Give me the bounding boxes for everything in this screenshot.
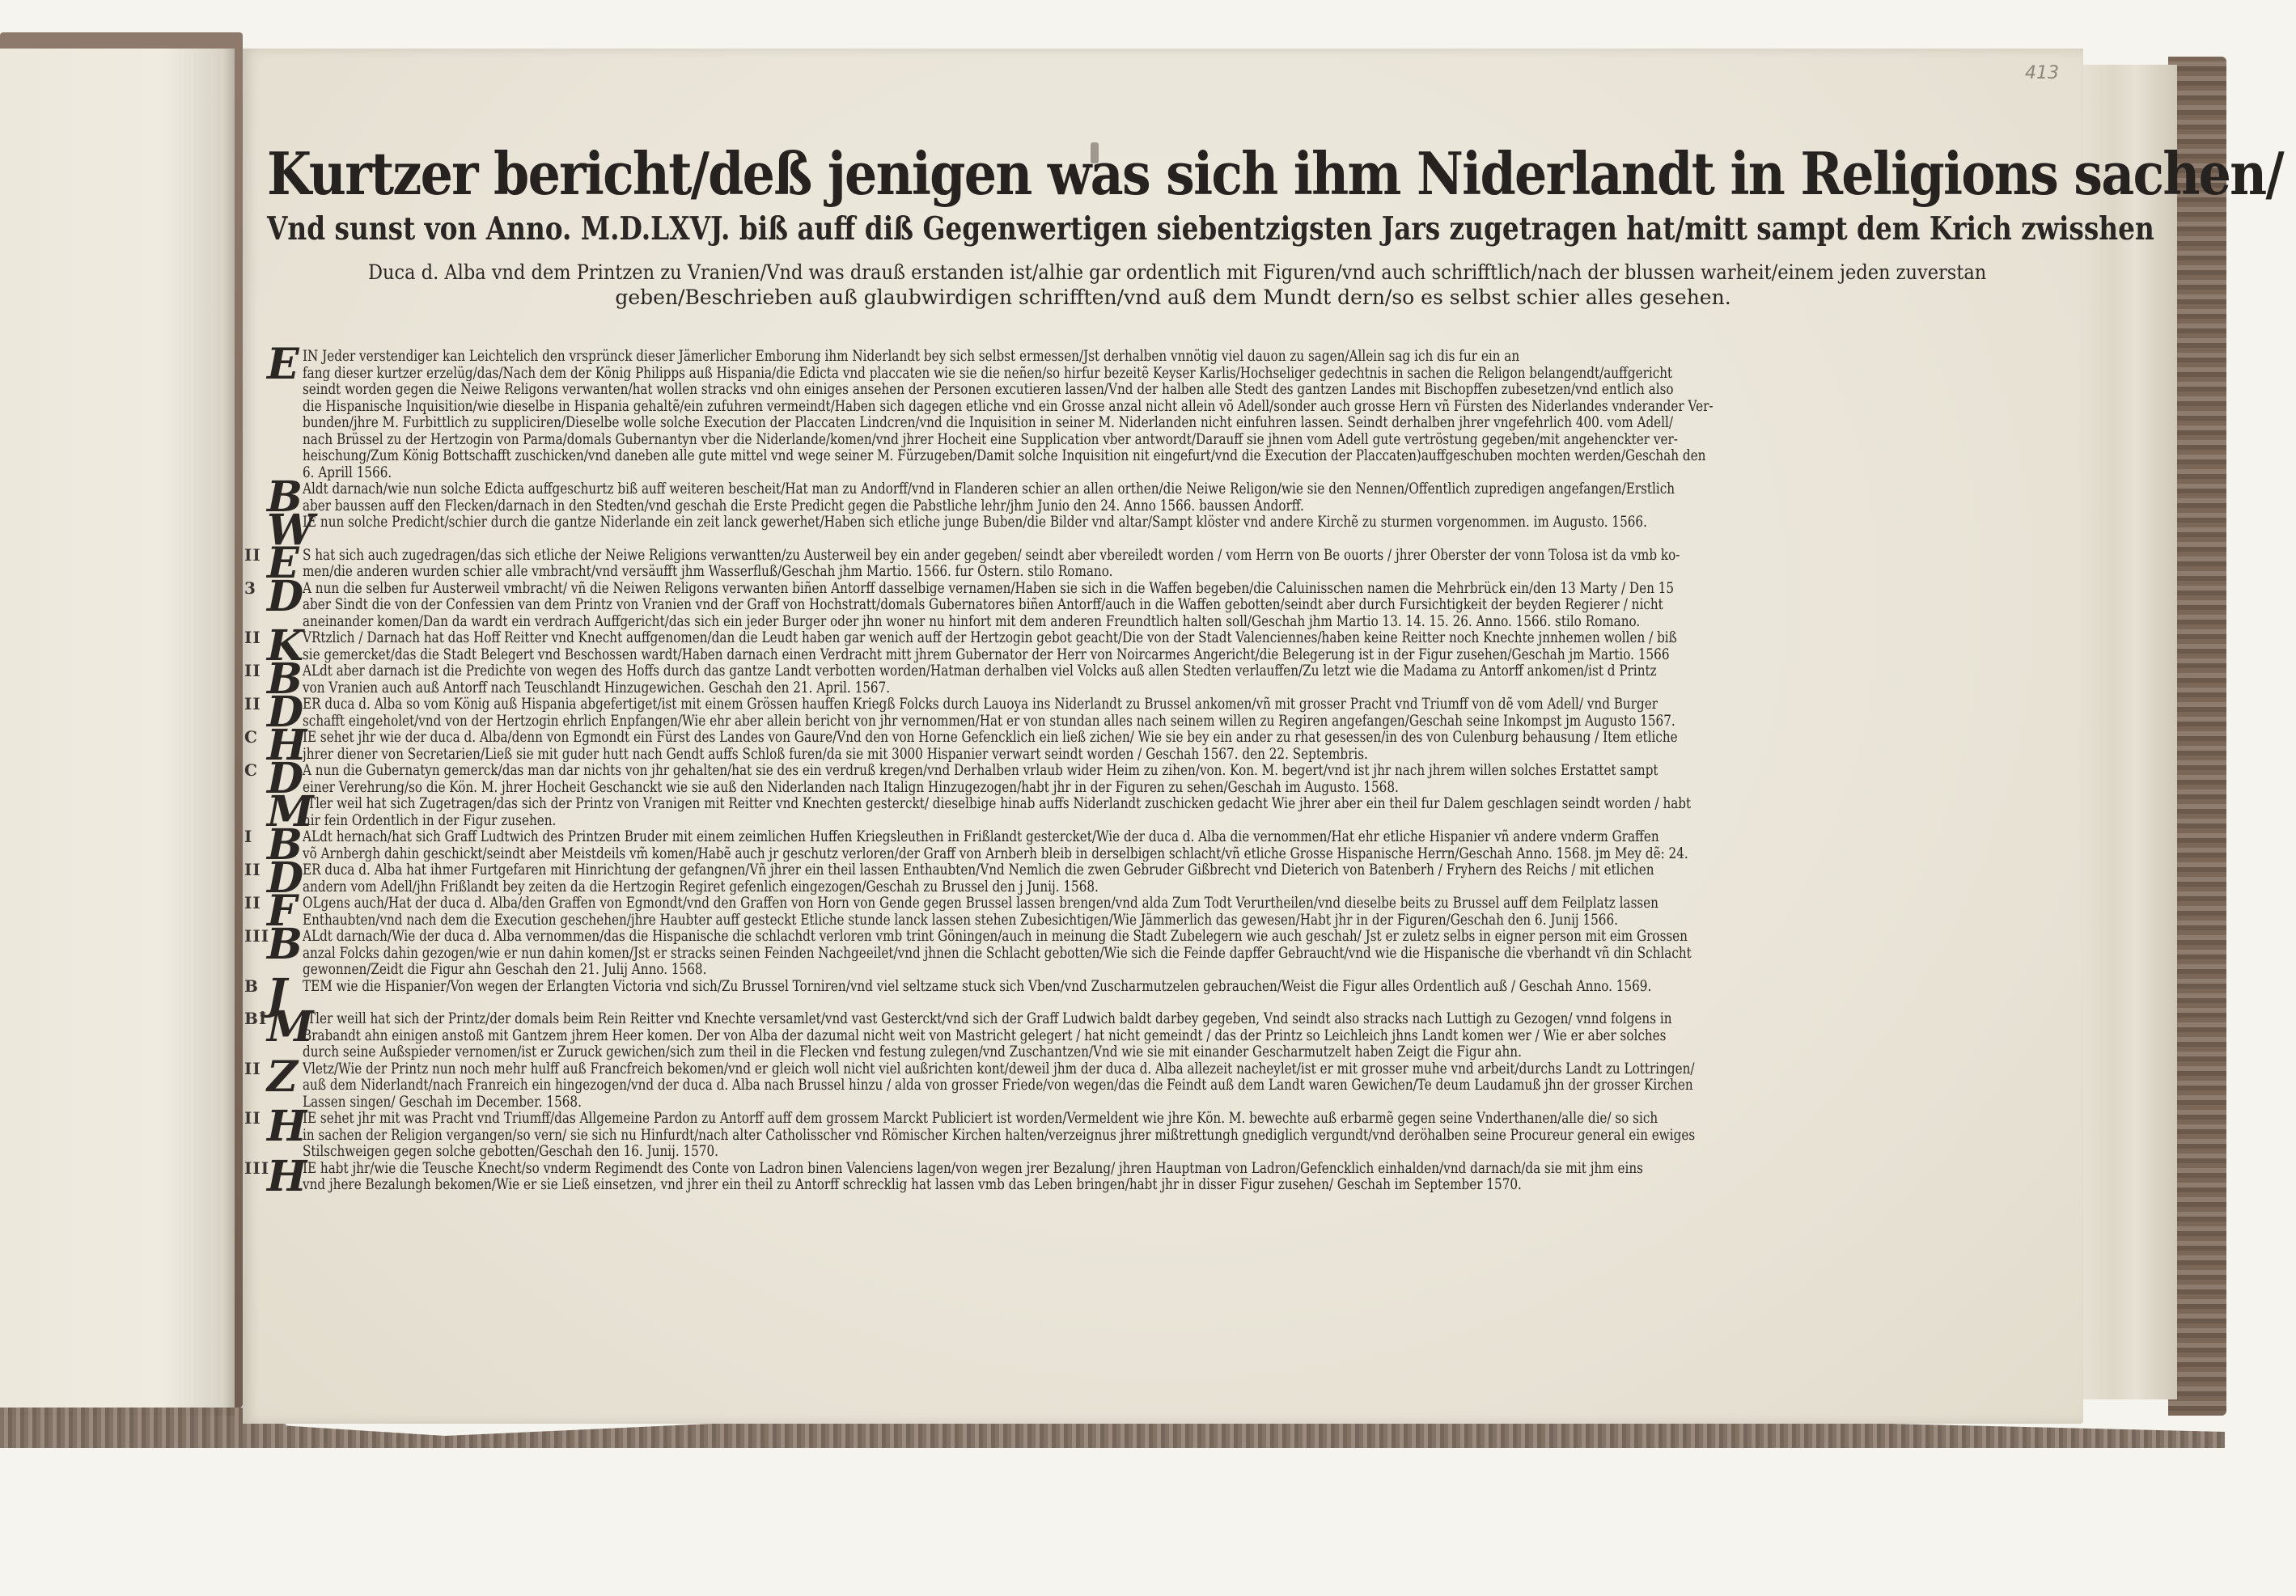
text-line: ALdt hernach/hat sich Graff Ludtwich des…: [303, 828, 2071, 845]
paragraph: IIDER duca d. Alba hat ihmer Furtgefaren…: [267, 862, 2071, 895]
text-line: Aldt darnach/wie nun solche Edicta auffg…: [303, 480, 2071, 497]
margin-annotation: 3: [244, 580, 256, 597]
paragraph: IBALdt hernach/hat sich Graff Ludtwich d…: [267, 828, 2071, 862]
text-line: IN Jeder verstendiger kan Leichtelich de…: [303, 348, 2071, 365]
margin-annotation: II: [244, 1110, 261, 1127]
text-line: schafft eingeholet/vnd von der Hertzogin…: [303, 713, 2071, 730]
text-line: A nun die selben fur Austerweil vmbracht…: [303, 580, 2071, 597]
margin-annotation: III: [244, 928, 269, 945]
text-line: IE nun solche Predicht/schier durch die …: [303, 514, 2071, 531]
page-title: Kurtzer bericht/deß jenigen was sich ihm…: [267, 142, 1862, 206]
margin-annotation: II: [244, 547, 261, 564]
paragraph: IIES hat sich auch zugedragen/das sich e…: [267, 547, 2071, 580]
paragraph: IIDER duca d. Alba so vom König auß Hisp…: [267, 696, 2071, 729]
paragraph: CDA nun die Gubernatyn gemerck/das man d…: [267, 762, 2071, 795]
printed-broadsheet-page: 413 Kurtzer bericht/deß jenigen was sich…: [243, 49, 2083, 1424]
text-line: heischung/Zum König Bottschafft zuschick…: [303, 447, 2071, 464]
text-line: ALdt aber darnach ist die Predichte von …: [303, 663, 2071, 679]
text-line: anzal Folcks dahin gezogen/wie er nun da…: [303, 945, 2071, 962]
text-line: seindt worden gegen die Neiwe Religons v…: [303, 381, 2071, 398]
text-line: nach Brüssel zu der Hertzogin von Parma/…: [303, 431, 2071, 448]
page-stack-edge: [2071, 65, 2177, 1399]
book-photograph: 413 Kurtzer bericht/deß jenigen was sich…: [0, 0, 2296, 1596]
margin-annotation: II: [244, 895, 261, 912]
paragraph: IIBALdt aber darnach ist die Predichte v…: [267, 663, 2071, 696]
text-line: andern vom Adell/jhn Frißlandt bey zeite…: [303, 878, 2071, 895]
subtitle-line-3: geben/Beschrieben auß glaubwirdigen schr…: [267, 286, 2079, 310]
folio-number: 413: [2025, 63, 2059, 83]
text-line: Brabandt ahn einigen anstoß mit Gantzem …: [303, 1027, 2071, 1044]
paragraph: BJTEM wie die Hispanier/Von wegen der Er…: [267, 978, 2071, 995]
paragraph: BAldt darnach/wie nun solche Edicta auff…: [267, 480, 2071, 514]
text-line: ALdt darnach/Wie der duca d. Alba vernom…: [303, 928, 2071, 945]
text-line: IE sehet jhr wie der duca d. Alba/denn v…: [303, 729, 2071, 746]
text-line: aber Sindt die von der Confessien van de…: [303, 596, 2071, 613]
text-line: Vletz/Wie der Printz nun noch mehr hulff…: [303, 1060, 2071, 1077]
text-line: ITler weil hat sich Zugetragen/das sich …: [303, 795, 2071, 812]
text-line: ER duca d. Alba so vom König auß Hispani…: [303, 696, 2071, 713]
text-line: võ Arnbergh dahin geschickt/seindt aber …: [303, 845, 2071, 862]
paragraph: IIIBALdt darnach/Wie der duca d. Alba ve…: [267, 928, 2071, 978]
text-line: Lassen singen/ Geschah im December. 1568…: [303, 1094, 2071, 1111]
margin-annotation: III: [244, 1160, 269, 1177]
text-line: VRtzlich / Darnach hat das Hoff Reitter …: [303, 629, 2071, 646]
text-line: IE sehet jhr mit was Pracht vnd Triumff/…: [303, 1110, 2071, 1127]
margin-annotation: C: [244, 729, 258, 746]
text-line: aber baussen auff den Flecken/darnach in…: [303, 497, 2071, 514]
text-line: TEM wie die Hispanier/Von wegen der Erla…: [303, 978, 2071, 995]
drop-initial: D: [267, 578, 303, 616]
text-line: S hat sich auch zugedragen/das sich etli…: [303, 547, 2071, 564]
paragraph: IIZVletz/Wie der Printz nun noch mehr hu…: [267, 1060, 2071, 1111]
text-line: ER duca d. Alba hat ihmer Furtgefaren mi…: [303, 862, 2071, 878]
text-line: Enthaubten/vnd nach dem die Execution ge…: [303, 912, 2071, 929]
text-line: von Vranien auch auß Antorff nach Teusch…: [303, 679, 2071, 696]
text-line: sie gemercket/das die Stadt Belegert vnd…: [303, 646, 2071, 663]
text-line: hir fein Ordentlich in der Figur zusehen…: [303, 812, 2071, 829]
text-line: die Hispanische Inquisition/wie dieselbe…: [303, 398, 2071, 415]
text-line: jhrer diener von Secretarien/Ließ sie mi…: [303, 746, 2071, 763]
text-line: einer Verehrung/so die Kön. M. jhrer Hoc…: [303, 779, 2071, 796]
text-line: bunden/jhre M. Furbittlich zu supplicire…: [303, 414, 2071, 431]
text-line: 6. Aprill 1566.: [303, 464, 2071, 481]
body-text: EIN Jeder verstendiger kan Leichtelich d…: [267, 348, 2071, 1193]
paragraph: IIHIE sehet jhr mit was Pracht vnd Trium…: [267, 1110, 2071, 1160]
text-line: A nun die Gubernatyn gemerck/das man dar…: [303, 762, 2071, 779]
paragraph: EIN Jeder verstendiger kan Leichtelich d…: [267, 348, 2071, 480]
text-line: vnd jhere Bezalungh bekomen/Wie er sie L…: [303, 1176, 2071, 1193]
text-line: fang dieser kurtzer erzelüg/das/Nach dem…: [303, 365, 2071, 382]
margin-annotation: II: [244, 629, 261, 646]
drop-initial: Z: [267, 1059, 298, 1096]
paragraph: IIKVRtzlich / Darnach hat das Hoff Reitt…: [267, 629, 2071, 663]
drop-initial: H: [267, 1158, 307, 1196]
drop-initial: H: [267, 1108, 307, 1145]
text-line: in sachen der Religion vergangen/so vern…: [303, 1127, 2071, 1144]
margin-annotation: I: [244, 828, 252, 845]
margin-annotation: II: [244, 696, 261, 713]
text-line: aneinander komen/Dan da wardt ein verdra…: [303, 613, 2071, 630]
text-line: Stilschweigen gegen solche gebotten/Gesc…: [303, 1143, 2071, 1160]
text-line: OLgens auch/Hat der duca d. Alba/den Gra…: [303, 895, 2071, 912]
text-line: auß dem Niderlandt/nach Franreich ein hi…: [303, 1077, 2071, 1094]
paragraph: WIE nun solche Predicht/schier durch die…: [267, 514, 2071, 531]
paragraph: IIFOLgens auch/Hat der duca d. Alba/den …: [267, 895, 2071, 928]
text-line: IE habt jhr/wie die Teusche Knecht/so vn…: [303, 1160, 2071, 1177]
margin-annotation: BI: [244, 1010, 267, 1027]
margin-annotation: B: [244, 978, 259, 995]
drop-initial: B: [267, 926, 303, 963]
margin-annotation: C: [244, 762, 258, 779]
subtitle-line-1: Vnd sunst von Anno. M.D.LXVJ. biß auff d…: [267, 210, 1802, 248]
paragraph: IIIHIE habt jhr/wie die Teusche Knecht/s…: [267, 1160, 2071, 1193]
left-blank-page: [0, 49, 235, 1416]
text-line: ITler weill hat sich der Printz/der doma…: [303, 1010, 2071, 1027]
paragraph: CHIE sehet jhr wie der duca d. Alba/denn…: [267, 729, 2071, 762]
paragraph: MITler weil hat sich Zugetragen/das sich…: [267, 795, 2071, 828]
margin-annotation: II: [244, 862, 261, 878]
paragraph: BIMITler weill hat sich der Printz/der d…: [267, 1010, 2071, 1060]
paragraph: 3DA nun die selben fur Austerweil vmbrac…: [267, 580, 2071, 630]
text-line: men/die anderen wurden schier alle vmbra…: [303, 563, 2071, 580]
margin-annotation: II: [244, 1060, 261, 1077]
subtitle-line-2: Duca d. Alba vnd dem Printzen zu Vranien…: [368, 260, 1934, 285]
text-line: gewonnen/Zeidt die Figur ahn Geschah den…: [303, 961, 2071, 978]
drop-initial: E: [267, 346, 299, 383]
text-line: durch seine Außspieder vernomen/ist er Z…: [303, 1044, 2071, 1060]
margin-annotation: II: [244, 663, 261, 679]
